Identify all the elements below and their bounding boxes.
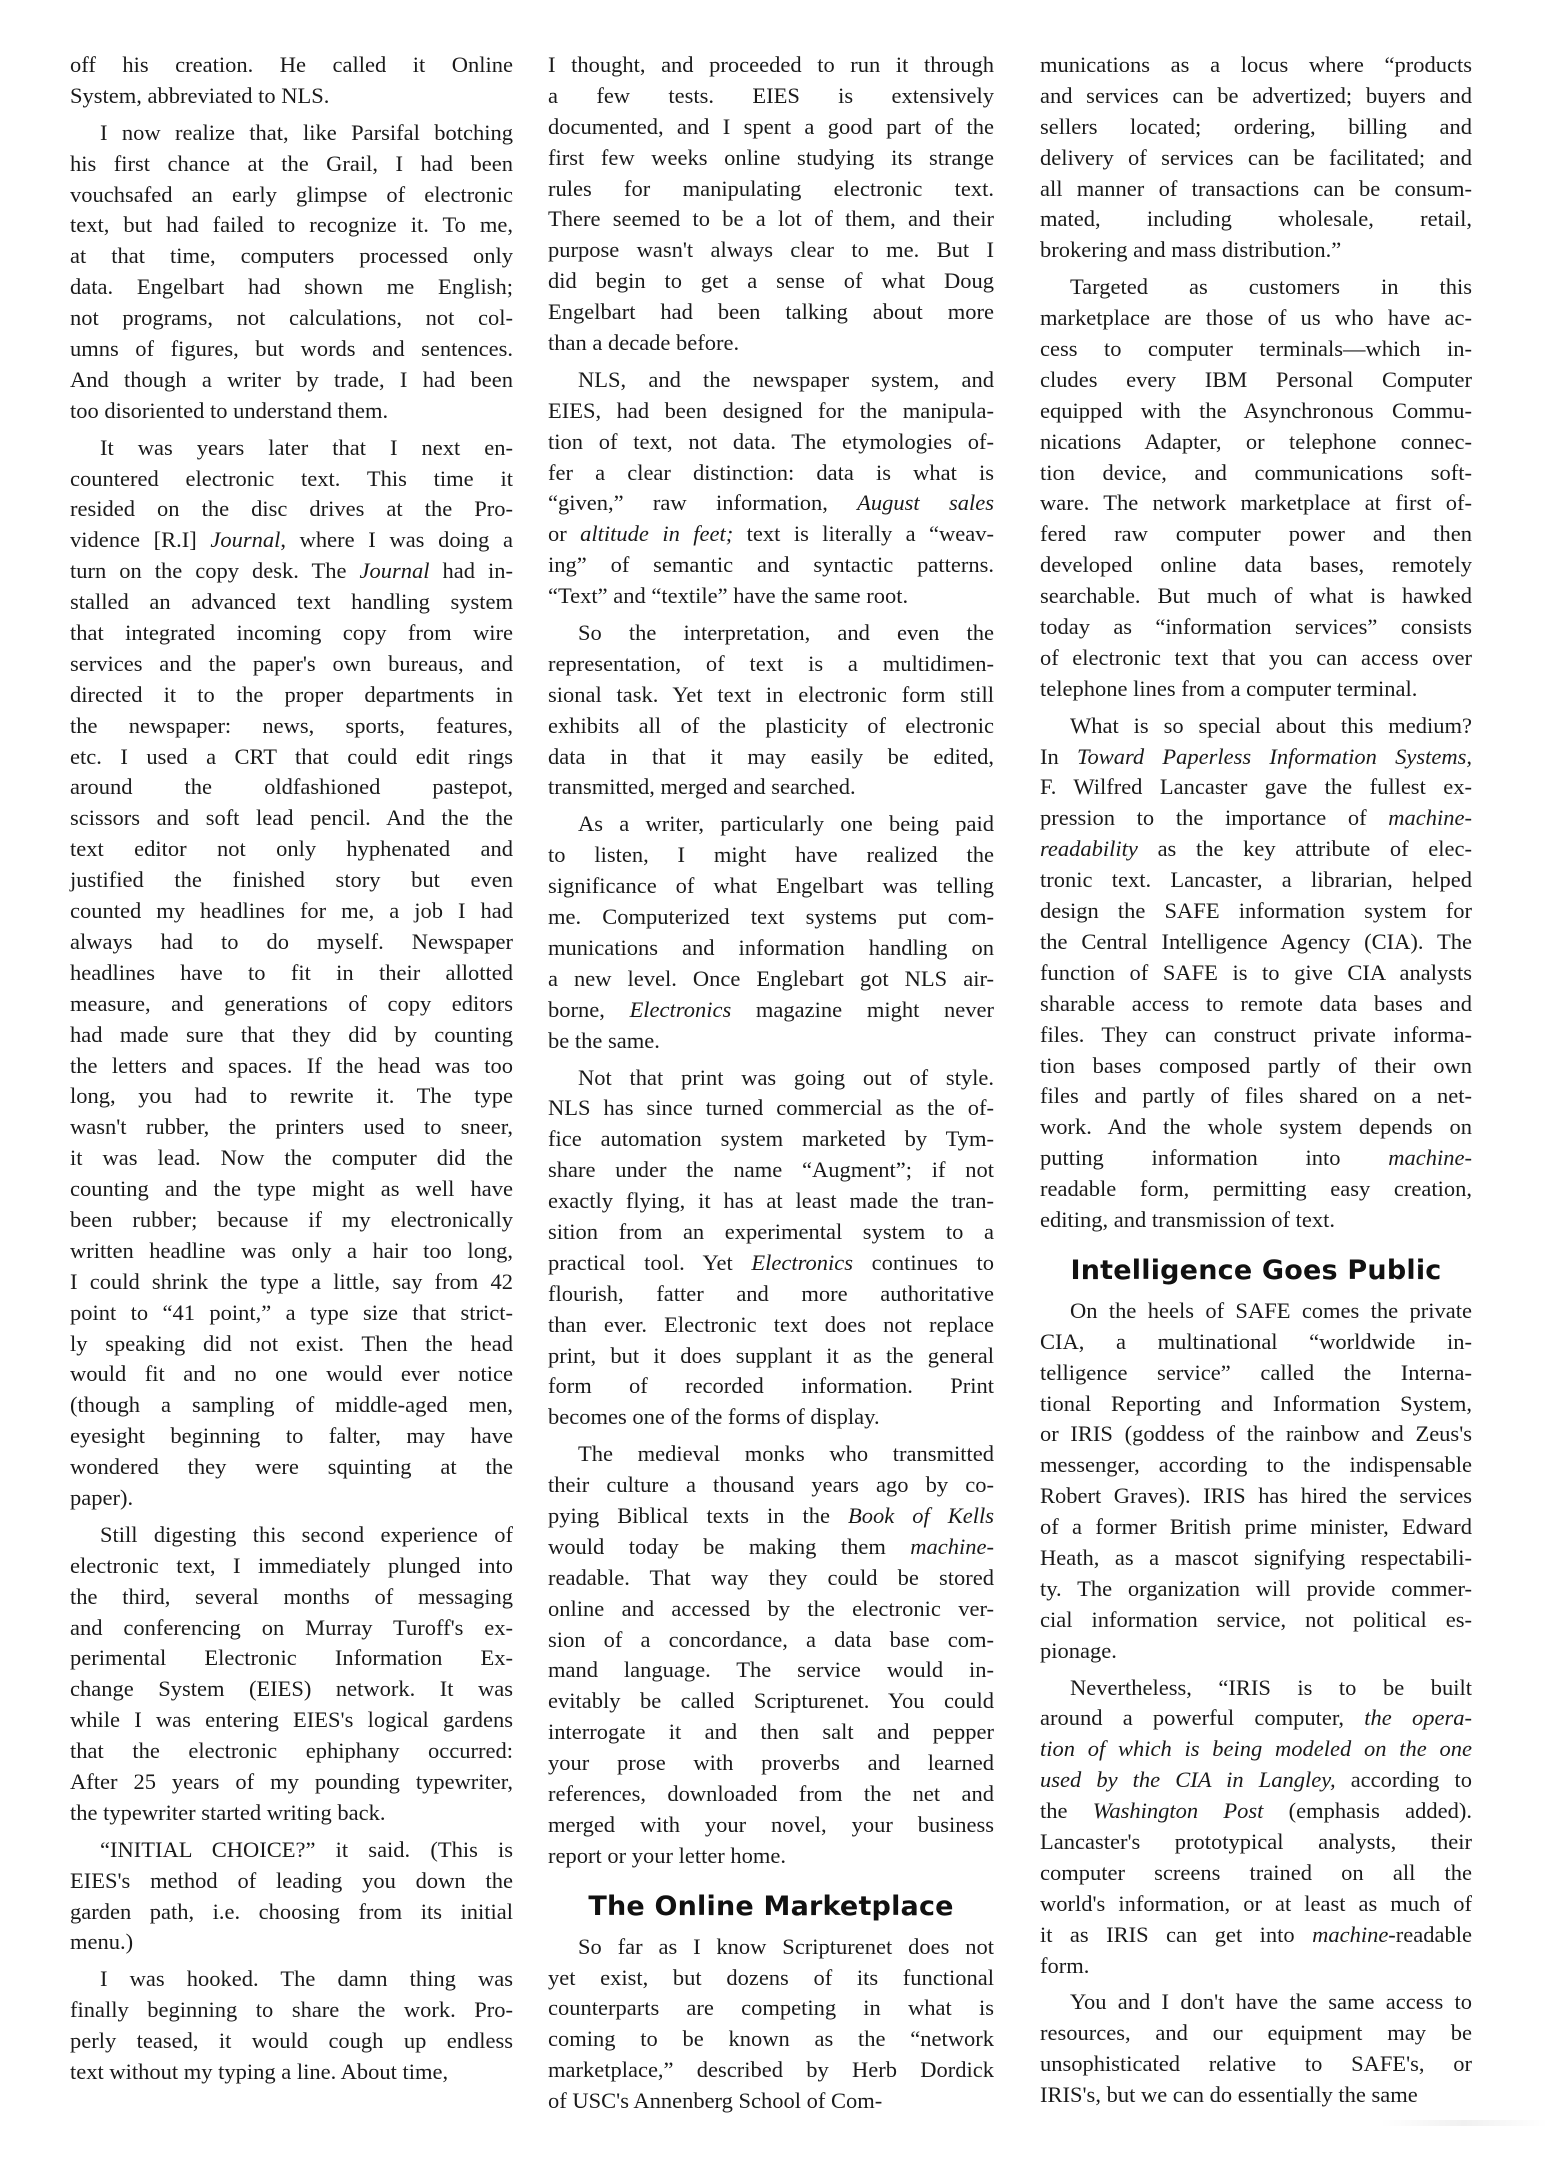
text-line: exhibits all of the plasticity of electr… — [548, 711, 994, 742]
text-line: eyesight beginning to falter, may have — [70, 1421, 513, 1452]
text-line: written headline was only a hair too lon… — [70, 1236, 513, 1267]
text-line: marketplace,” described by Herb Dordick — [548, 2055, 994, 2086]
text-line: It was years later that I next en- — [70, 433, 513, 464]
text-line: headlines have to fit in their allotted — [70, 958, 513, 989]
text-line: On the heels of SAFE comes the private — [1040, 1296, 1472, 1327]
text-line: ing” of semantic and syntactic patterns. — [548, 550, 994, 581]
text-line: NLS, and the newspaper system, and — [548, 365, 994, 396]
text-line: interrogate it and then salt and pepper — [548, 1717, 994, 1748]
text-line: always had to do myself. Newspaper — [70, 927, 513, 958]
text-line: computer screens trained on all the — [1040, 1858, 1472, 1889]
text-line: cial information service, not political … — [1040, 1605, 1472, 1636]
text-line: tional Reporting and Information System, — [1040, 1389, 1472, 1420]
text-line: while I was entering EIES's logical gard… — [70, 1705, 513, 1736]
text-line: the newspaper: news, sports, features, — [70, 711, 513, 742]
text-line: print, but it does supplant it as the ge… — [548, 1341, 994, 1372]
paragraph: The medieval monks who transmittedtheir … — [548, 1439, 994, 1871]
text-line: The medieval monks who transmitted — [548, 1439, 994, 1470]
text-line: around the oldfashioned pastepot, — [70, 772, 513, 803]
text-line: pying Biblical texts in the Book of Kell… — [548, 1501, 994, 1532]
text-line: his first chance at the Grail, I had bee… — [70, 149, 513, 180]
text-line: IRIS's, but we can do essentially the sa… — [1040, 2080, 1472, 2111]
text-line: point to “41 point,” a type size that st… — [70, 1298, 513, 1329]
text-line: wasn't rubber, the printers used to snee… — [70, 1112, 513, 1143]
text-line: today as “information services” consists — [1040, 612, 1472, 643]
text-line: representation, of text is a multidimen- — [548, 649, 994, 680]
text-line: files. They can construct private inform… — [1040, 1020, 1472, 1051]
text-line: used by the CIA in Langley, according to — [1040, 1765, 1472, 1796]
section-heading: Intelligence Goes Public — [1040, 1254, 1472, 1288]
text-line: readable. That way they could be stored — [548, 1563, 994, 1594]
paragraph: Nevertheless, “IRIS is to be builtaround… — [1040, 1673, 1472, 1982]
paragraph: What is so special about this medium?In … — [1040, 711, 1472, 1236]
text-line: a new level. Once Englebart got NLS air- — [548, 964, 994, 995]
text-line: work. And the whole system depends on — [1040, 1112, 1472, 1143]
text-line: coming to be known as the “network — [548, 2024, 994, 2055]
text-line: In Toward Paperless Information Systems, — [1040, 742, 1472, 773]
text-line: There seemed to be a lot of them, and th… — [548, 204, 994, 235]
text-line: stalled an advanced text handling system — [70, 587, 513, 618]
text-line: So far as I know Scripturenet does not — [548, 1932, 994, 1963]
paragraph: Not that print was going out of style.NL… — [548, 1063, 994, 1434]
text-line: And though a writer by trade, I had been — [70, 365, 513, 396]
text-line: I now realize that, like Parsifal botchi… — [70, 118, 513, 149]
text-line: System, abbreviated to NLS. — [70, 81, 513, 112]
text-line: wondered they were squinting at the — [70, 1452, 513, 1483]
text-line: pionage. — [1040, 1636, 1472, 1667]
text-line: been rubber; because if my electronicall… — [70, 1205, 513, 1236]
section-heading: The Online Marketplace — [548, 1890, 994, 1924]
text-line: borne, Electronics magazine might never — [548, 995, 994, 1026]
text-line: You and I don't have the same access to — [1040, 1987, 1472, 2018]
text-line: resources, and our equipment may be — [1040, 2018, 1472, 2049]
text-line: yet exist, but dozens of its functional — [548, 1963, 994, 1994]
text-line: I thought, and proceeded to run it throu… — [548, 50, 994, 81]
text-line: sellers located; ordering, billing and — [1040, 112, 1472, 143]
text-line: form. — [1040, 1951, 1472, 1982]
text-line: garden path, i.e. choosing from its init… — [70, 1897, 513, 1928]
text-line: I could shrink the type a little, say fr… — [70, 1267, 513, 1298]
text-line: around a powerful computer, the opera- — [1040, 1703, 1472, 1734]
text-line: references, downloaded from the net and — [548, 1779, 994, 1810]
text-line: measure, and generations of copy editors — [70, 989, 513, 1020]
text-line: the Central Intelligence Agency (CIA). T… — [1040, 927, 1472, 958]
text-line: menu.) — [70, 1927, 513, 1958]
text-line: a few tests. EIES is extensively — [548, 81, 994, 112]
text-line: tion bases composed partly of their own — [1040, 1051, 1472, 1082]
text-line: unsophisticated relative to SAFE's, or — [1040, 2049, 1472, 2080]
paragraph: On the heels of SAFE comes the privateCI… — [1040, 1296, 1472, 1667]
text-line: electronic text, I immediately plunged i… — [70, 1551, 513, 1582]
text-line: fer a clear distinction: data is what is — [548, 458, 994, 489]
text-line: Engelbart had been talking about more — [548, 297, 994, 328]
text-line: all manner of transactions can be consum… — [1040, 174, 1472, 205]
text-line: Nevertheless, “IRIS is to be built — [1040, 1673, 1472, 1704]
text-line: significance of what Engelbart was telli… — [548, 871, 994, 902]
paragraph: munications as a locus where “productsan… — [1040, 50, 1472, 266]
text-line: CIA, a multinational “worldwide in- — [1040, 1327, 1472, 1358]
text-line: EIES, had been designed for the manipula… — [548, 396, 994, 427]
text-line: counted my headlines for me, a job I had — [70, 896, 513, 927]
text-line: NLS has since turned commercial as the o… — [548, 1093, 994, 1124]
paragraph: It was years later that I next en-counte… — [70, 433, 513, 1514]
text-line: cess to computer terminals—which in- — [1040, 334, 1472, 365]
paragraph: I was hooked. The damn thing wasfinally … — [70, 1964, 513, 2088]
text-line: would fit and no one would ever notice — [70, 1359, 513, 1390]
text-line: of electronic text that you can access o… — [1040, 643, 1472, 674]
text-line: documented, and I spent a good part of t… — [548, 112, 994, 143]
text-line: the typewriter started writing back. — [70, 1798, 513, 1829]
text-column-2: I thought, and proceeded to run it throu… — [548, 50, 994, 2123]
paragraph: As a writer, particularly one being paid… — [548, 809, 994, 1056]
text-line: did begin to get a sense of what Doug — [548, 266, 994, 297]
text-line: exactly flying, it has at least made the… — [548, 1186, 994, 1217]
text-line: online and accessed by the electronic ve… — [548, 1594, 994, 1625]
text-line: sharable access to remote data bases and — [1040, 989, 1472, 1020]
text-line: telephone lines from a computer terminal… — [1040, 674, 1472, 705]
text-line: purpose wasn't always clear to me. But I — [548, 235, 994, 266]
text-line: brokering and mass distribution.” — [1040, 235, 1472, 266]
text-line: not programs, not calculations, not col- — [70, 303, 513, 334]
text-line: at that time, computers processed only — [70, 241, 513, 272]
text-line: putting information into machine- — [1040, 1143, 1472, 1174]
text-line: or IRIS (goddess of the rainbow and Zeus… — [1040, 1419, 1472, 1450]
text-line: (though a sampling of middle-aged men, — [70, 1390, 513, 1421]
text-line: EIES's method of leading you down the — [70, 1866, 513, 1897]
text-line: What is so special about this medium? — [1040, 711, 1472, 742]
text-line: your prose with proverbs and learned — [548, 1748, 994, 1779]
text-line: would today be making them machine- — [548, 1532, 994, 1563]
text-line: too disoriented to understand them. — [70, 396, 513, 427]
document-page: off his creation. He called it OnlineSys… — [0, 0, 1548, 2160]
text-line: Not that print was going out of style. — [548, 1063, 994, 1094]
text-line: As a writer, particularly one being paid — [548, 809, 994, 840]
text-line: developed online data bases, remotely — [1040, 550, 1472, 581]
text-line: becomes one of the forms of display. — [548, 1402, 994, 1433]
text-line: countered electronic text. This time it — [70, 464, 513, 495]
text-line: So the interpretation, and even the — [548, 618, 994, 649]
text-line: marketplace are those of us who have ac- — [1040, 303, 1472, 334]
paragraph: You and I don't have the same access tor… — [1040, 1987, 1472, 2111]
text-line: text, but had failed to recognize it. To… — [70, 210, 513, 241]
text-line: counting and the type might as well have — [70, 1174, 513, 1205]
text-line: that integrated incoming copy from wire — [70, 618, 513, 649]
text-line: vidence [R.I] Journal, where I was doing… — [70, 525, 513, 556]
text-line: munications as a locus where “products — [1040, 50, 1472, 81]
text-line: Still digesting this second experience o… — [70, 1520, 513, 1551]
text-line: it as IRIS can get into machine-readable — [1040, 1920, 1472, 1951]
text-line: fice automation system marketed by Tym- — [548, 1124, 994, 1155]
text-line: tion of which is being modeled on the on… — [1040, 1734, 1472, 1765]
text-line: etc. I used a CRT that could edit rings — [70, 742, 513, 773]
text-line: cludes every IBM Personal Computer — [1040, 365, 1472, 396]
text-line: perly teased, it would cough up endless — [70, 2026, 513, 2057]
text-line: the letters and spaces. If the head was … — [70, 1051, 513, 1082]
text-line: “given,” raw information, August sales — [548, 488, 994, 519]
text-line: be the same. — [548, 1026, 994, 1057]
text-line: umns of figures, but words and sentences… — [70, 334, 513, 365]
text-line: editing, and transmission of text. — [1040, 1205, 1472, 1236]
text-line: justified the finished story but even — [70, 865, 513, 896]
paragraph: I now realize that, like Parsifal botchi… — [70, 118, 513, 427]
text-line: nications Adapter, or telephone connec- — [1040, 427, 1472, 458]
text-line: their culture a thousand years ago by co… — [548, 1470, 994, 1501]
scan-artifact — [1380, 2120, 1548, 2126]
text-line: than ever. Electronic text does not repl… — [548, 1310, 994, 1341]
text-line: “Text” and “textile” have the same root. — [548, 581, 994, 612]
text-line: text editor not only hyphenated and — [70, 834, 513, 865]
text-line: pression to the importance of machine- — [1040, 803, 1472, 834]
text-line: tronic text. Lancaster, a librarian, hel… — [1040, 865, 1472, 896]
text-line: text without my typing a line. About tim… — [70, 2057, 513, 2088]
text-line: counterparts are competing in what is — [548, 1993, 994, 2024]
text-line: or altitude in feet; text is literally a… — [548, 519, 994, 550]
text-line: fered raw computer power and then — [1040, 519, 1472, 550]
text-line: evitably be called Scripturenet. You cou… — [548, 1686, 994, 1717]
text-line: form of recorded information. Print — [548, 1371, 994, 1402]
paragraph: So the interpretation, and even therepre… — [548, 618, 994, 803]
text-line: and services can be advertized; buyers a… — [1040, 81, 1472, 112]
text-line: munications and information handling on — [548, 933, 994, 964]
text-line: perimental Electronic Information Ex- — [70, 1643, 513, 1674]
text-line: tion device, and communications soft- — [1040, 458, 1472, 489]
text-line: report or your letter home. — [548, 1841, 994, 1872]
text-line: first few weeks online studying its stra… — [548, 143, 994, 174]
text-line: it was lead. Now the computer did the — [70, 1143, 513, 1174]
text-line: messenger, according to the indispensabl… — [1040, 1450, 1472, 1481]
text-line: tion of text, not data. The etymologies … — [548, 427, 994, 458]
text-line: me. Computerized text systems put com- — [548, 902, 994, 933]
paragraph: NLS, and the newspaper system, andEIES, … — [548, 365, 994, 612]
text-line: data in that it may easily be edited, — [548, 742, 994, 773]
text-line: the Washington Post (emphasis added). — [1040, 1796, 1472, 1827]
text-line: design the SAFE information system for — [1040, 896, 1472, 927]
text-line: finally beginning to share the work. Pro… — [70, 1995, 513, 2026]
text-line: Targeted as customers in this — [1040, 272, 1472, 303]
text-line: world's information, or at least as much… — [1040, 1889, 1472, 1920]
text-column-1: off his creation. He called it OnlineSys… — [70, 50, 513, 2094]
text-line: scissors and soft lead pencil. And the t… — [70, 803, 513, 834]
text-line: readable form, permitting easy creation, — [1040, 1174, 1472, 1205]
text-line: F. Wilfred Lancaster gave the fullest ex… — [1040, 772, 1472, 803]
text-line: change System (EIES) network. It was — [70, 1674, 513, 1705]
text-line: of a former British prime minister, Edwa… — [1040, 1512, 1472, 1543]
text-line: ware. The network marketplace at first o… — [1040, 488, 1472, 519]
text-line: off his creation. He called it Online — [70, 50, 513, 81]
text-line: vouchsafed an early glimpse of electroni… — [70, 180, 513, 211]
text-line: turn on the copy desk. The Journal had i… — [70, 556, 513, 587]
text-line: paper). — [70, 1483, 513, 1514]
text-line: than a decade before. — [548, 328, 994, 359]
text-line: share under the name “Augment”; if not — [548, 1155, 994, 1186]
paragraph: I thought, and proceeded to run it throu… — [548, 50, 994, 359]
text-column-3: munications as a locus where “productsan… — [1040, 50, 1472, 2117]
text-line: that the electronic ephiphany occurred: — [70, 1736, 513, 1767]
text-line: long, you had to rewrite it. The type — [70, 1081, 513, 1112]
text-line: directed it to the proper departments in — [70, 680, 513, 711]
text-line: resided on the disc drives at the Pro- — [70, 494, 513, 525]
text-line: to listen, I might have realized the — [548, 840, 994, 871]
text-line: ly speaking did not exist. Then the head — [70, 1329, 513, 1360]
text-line: of USC's Annenberg School of Com- — [548, 2086, 994, 2117]
paragraph: Still digesting this second experience o… — [70, 1520, 513, 1829]
text-line: sition from an experimental system to a — [548, 1217, 994, 1248]
paragraph: “INITIAL CHOICE?” it said. (This isEIES'… — [70, 1835, 513, 1959]
text-line: and conferencing on Murray Turoff's ex- — [70, 1613, 513, 1644]
text-line: I was hooked. The damn thing was — [70, 1964, 513, 1995]
paragraph: So far as I know Scripturenet does notye… — [548, 1932, 994, 2117]
text-line: searchable. But much of what is hawked — [1040, 581, 1472, 612]
paragraph: off his creation. He called it OnlineSys… — [70, 50, 513, 112]
text-line: mand language. The service would in- — [548, 1655, 994, 1686]
text-line: flourish, fatter and more authoritative — [548, 1279, 994, 1310]
text-line: equipped with the Asynchronous Commu- — [1040, 396, 1472, 427]
text-line: function of SAFE is to give CIA analysts — [1040, 958, 1472, 989]
text-line: readability as the key attribute of elec… — [1040, 834, 1472, 865]
text-line: mated, including wholesale, retail, — [1040, 204, 1472, 235]
text-line: sional task. Yet text in electronic form… — [548, 680, 994, 711]
text-line: Lancaster's prototypical analysts, their — [1040, 1827, 1472, 1858]
text-line: Heath, as a mascot signifying respectabi… — [1040, 1543, 1472, 1574]
text-line: had made sure that they did by counting — [70, 1020, 513, 1051]
text-line: merged with your novel, your business — [548, 1810, 994, 1841]
text-line: After 25 years of my pounding typewriter… — [70, 1767, 513, 1798]
text-line: ty. The organization will provide commer… — [1040, 1574, 1472, 1605]
text-line: sion of a concordance, a data base com- — [548, 1625, 994, 1656]
text-line: services and the paper's own bureaus, an… — [70, 649, 513, 680]
text-line: Robert Graves). IRIS has hired the servi… — [1040, 1481, 1472, 1512]
paragraph: Targeted as customers in thismarketplace… — [1040, 272, 1472, 704]
text-line: transmitted, merged and searched. — [548, 772, 994, 803]
text-line: files and partly of files shared on a ne… — [1040, 1081, 1472, 1112]
text-line: “INITIAL CHOICE?” it said. (This is — [70, 1835, 513, 1866]
text-line: practical tool. Yet Electronics continue… — [548, 1248, 994, 1279]
text-line: delivery of services can be facilitated;… — [1040, 143, 1472, 174]
text-line: data. Engelbart had shown me English; — [70, 272, 513, 303]
text-line: telligence service” called the Interna- — [1040, 1358, 1472, 1389]
text-line: the third, several months of messaging — [70, 1582, 513, 1613]
text-line: rules for manipulating electronic text. — [548, 174, 994, 205]
